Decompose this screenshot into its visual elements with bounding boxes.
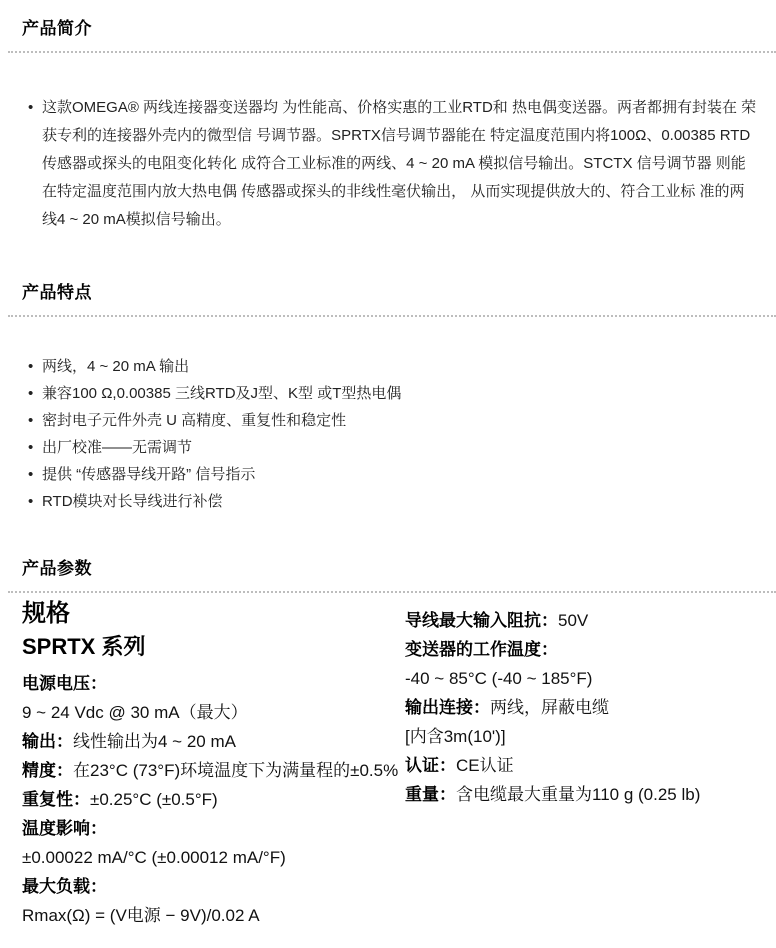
spec-value: -40 ~ 85°C (-40 ~ 185°F)	[405, 669, 592, 688]
spec-value: ±0.00022 mA/°C (±0.00012 mA/°F)	[22, 848, 286, 867]
spec-row-operating-temp: 变送器的工作温度：-40 ~ 85°C (-40 ~ 185°F)	[405, 635, 770, 693]
spec-label: 重量：	[405, 785, 456, 804]
spec-value: Rmax(Ω) = (V电源 − 9V)/0.02 A	[22, 906, 260, 925]
intro-paragraph-list: 这款OMEGA® 两线连接器变送器均 为性能高、价格实惠的工业RTD和 热电偶变…	[0, 94, 776, 234]
dotted-divider	[8, 315, 776, 317]
feature-list: 两线，4 ~ 20 mA 输出 兼容100 Ω,0.00385 三线RTD及J型…	[0, 353, 776, 515]
spec-label: 认证：	[405, 756, 456, 775]
spec-row-power-supply: 电源电压：9 ~ 24 Vdc @ 30 mA（最大）	[22, 669, 405, 727]
spec-label: 变送器的工作温度：	[405, 635, 770, 664]
feature-item: 出厂校准——无需调节	[42, 434, 758, 461]
feature-item: 两线，4 ~ 20 mA 输出	[42, 353, 758, 380]
specs-right-column: 导线最大输入阻抗：50V 变送器的工作温度：-40 ~ 85°C (-40 ~ …	[405, 599, 776, 930]
feature-item: 密封电子元件外壳 U 高精度、重复性和稳定性	[42, 407, 758, 434]
spec-row-max-input-impedance: 导线最大输入阻抗：50V	[405, 606, 770, 635]
spec-value: 含电缆最大重量为110 g (0.25 lb)	[456, 785, 700, 804]
section-intro: 产品简介 这款OMEGA® 两线连接器变送器均 为性能高、价格实惠的工业RTD和…	[0, 0, 776, 234]
spec-list-left: 电源电压：9 ~ 24 Vdc @ 30 mA（最大） 输出：线性输出为4 ~ …	[22, 669, 405, 930]
spec-value: CE认证	[456, 756, 514, 775]
intro-paragraph: 这款OMEGA® 两线连接器变送器均 为性能高、价格实惠的工业RTD和 热电偶变…	[42, 94, 758, 234]
spec-value: 两线，屏蔽电缆	[490, 698, 609, 717]
specs-grid: 规格 SPRTX 系列 电源电压：9 ~ 24 Vdc @ 30 mA（最大） …	[0, 599, 776, 930]
spec-label: 精度：	[22, 761, 73, 780]
spec-label: 温度影响：	[22, 814, 405, 843]
product-page: 产品简介 这款OMEGA® 两线连接器变送器均 为性能高、价格实惠的工业RTD和…	[0, 0, 776, 930]
spec-row-output-connection: 输出连接：两线，屏蔽电缆 [内含3m(10')]	[405, 693, 770, 751]
spec-label: 重复性：	[22, 790, 90, 809]
feature-item: 兼容100 Ω,0.00385 三线RTD及J型、K型 或T型热电偶	[42, 380, 758, 407]
spec-row-repeatability: 重复性：±0.25°C (±0.5°F)	[22, 785, 405, 814]
spec-value: 50V	[558, 611, 588, 630]
spec-value: 在23°C (73°F)环境温度下为满量程的±0.5%	[73, 761, 398, 780]
specs-left-column: 规格 SPRTX 系列 电源电压：9 ~ 24 Vdc @ 30 mA（最大） …	[0, 599, 405, 930]
spec-row-temp-effect: 温度影响：±0.00022 mA/°C (±0.00012 mA/°F)	[22, 814, 405, 872]
section-title-intro: 产品简介	[0, 0, 776, 39]
spec-value-extra: [内含3m(10')]	[405, 722, 770, 751]
spec-row-accuracy: 精度：在23°C (73°F)环境温度下为满量程的±0.5%	[22, 756, 405, 785]
spec-label: 电源电压：	[22, 669, 405, 698]
section-parameters: 产品参数 规格 SPRTX 系列 电源电压：9 ~ 24 Vdc @ 30 mA…	[0, 559, 776, 930]
spec-label: 输出连接：	[405, 698, 490, 717]
spec-row-weight: 重量：含电缆最大重量为110 g (0.25 lb)	[405, 780, 770, 809]
section-title-parameters: 产品参数	[0, 559, 776, 579]
spec-value: ±0.25°C (±0.5°F)	[90, 790, 218, 809]
spec-row-max-load: 最大负载：Rmax(Ω) = (V电源 − 9V)/0.02 A	[22, 872, 405, 930]
spec-value: 9 ~ 24 Vdc @ 30 mA（最大）	[22, 703, 248, 722]
spec-heading: 规格	[22, 599, 405, 629]
spec-label: 导线最大输入阻抗：	[405, 611, 558, 630]
section-features: 产品特点 两线，4 ~ 20 mA 输出 兼容100 Ω,0.00385 三线R…	[0, 283, 776, 515]
feature-item: 提供 “传感器导线开路” 信号指示	[42, 461, 758, 488]
section-title-features: 产品特点	[0, 283, 776, 303]
spec-row-certification: 认证：CE认证	[405, 751, 770, 780]
dotted-divider	[8, 51, 776, 53]
spec-label: 输出：	[22, 732, 73, 751]
feature-item: RTD模块对长导线进行补偿	[42, 488, 758, 515]
series-heading: SPRTX 系列	[22, 632, 405, 662]
spec-label: 最大负载：	[22, 872, 405, 901]
spec-row-output: 输出：线性输出为4 ~ 20 mA	[22, 727, 405, 756]
dotted-divider	[8, 591, 776, 593]
spec-value: 线性输出为4 ~ 20 mA	[73, 732, 236, 751]
spec-list-right: 导线最大输入阻抗：50V 变送器的工作温度：-40 ~ 85°C (-40 ~ …	[405, 606, 770, 809]
